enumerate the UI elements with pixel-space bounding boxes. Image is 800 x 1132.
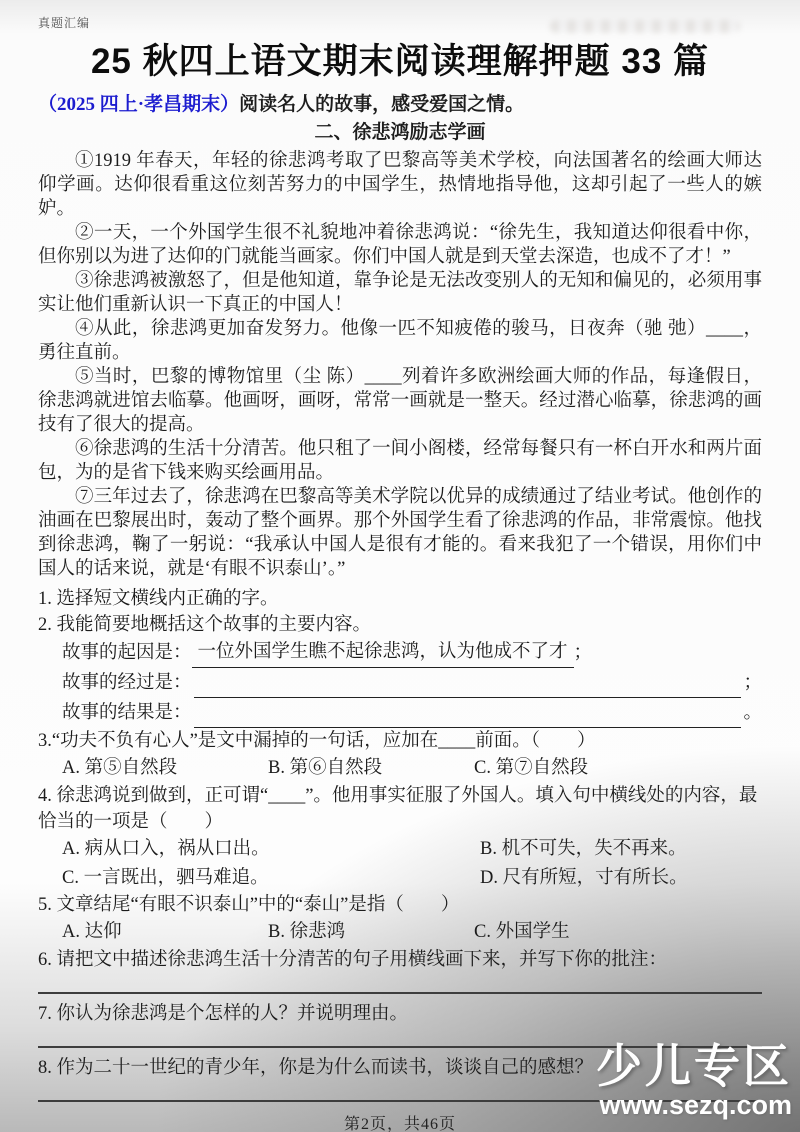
q3-options: A. 第⑤自然段 B. 第⑥自然段 C. 第⑦自然段 xyxy=(62,755,762,782)
q2-result-label: 故事的结果是： xyxy=(62,698,192,728)
passage-paragraph-3: ③徐悲鸿被激怒了，但是他知道，靠争论是无法改变别人的无知和偏见的，必须用事实让他… xyxy=(38,269,762,317)
q2-result-punct: 。 xyxy=(743,698,762,728)
passage-paragraph-7: ⑦三年过去了，徐悲鸿在巴黎高等美术学院以优异的成绩通过了结业考试。他创作的油画在… xyxy=(38,485,762,581)
q6-answer-line xyxy=(38,973,762,994)
q2-cause-label: 故事的起因是： xyxy=(62,638,192,668)
question-1: 1. 选择短文横线内正确的字。 xyxy=(38,586,762,612)
q2-cause-row: 故事的起因是： 一位外国学生瞧不起徐悲鸿，认为他成不了才 ； xyxy=(62,638,762,668)
passage-paragraph-2: ②一天，一个外国学生很不礼貌地冲着徐悲鸿说：“徐先生，我知道达仰很看中你，但你别… xyxy=(38,221,762,269)
faint-watermark xyxy=(550,20,740,33)
q2-cause-answer: 一位外国学生瞧不起徐悲鸿，认为他成不了才 xyxy=(192,637,574,668)
q2-result-row: 故事的结果是： 。 xyxy=(62,698,762,728)
question-2: 2. 我能简要地概括这个故事的主要内容。 故事的起因是： 一位外国学生瞧不起徐悲… xyxy=(38,612,762,728)
question-2-text: 2. 我能简要地概括这个故事的主要内容。 xyxy=(38,612,762,638)
q3-option-b: B. 第⑥自然段 xyxy=(268,755,474,782)
q5-option-b: B. 徐悲鸿 xyxy=(268,919,474,946)
q2-process-label: 故事的经过是： xyxy=(62,668,192,698)
passage-paragraph-1: ①1919 年春天，年轻的徐悲鸿考取了巴黎高等美术学校，向法国著名的绘画大师达仰… xyxy=(38,149,762,221)
question-4: 4. 徐悲鸿说到做到，正可谓“____”。他用事实征服了外国人。填入句中横线处的… xyxy=(38,783,762,892)
watermark-url: www.sezq.com xyxy=(596,1090,792,1120)
passage-paragraph-4: ④从此，徐悲鸿更加奋发努力。他像一匹不知疲倦的骏马，日夜奔（驰 弛）____，勇… xyxy=(38,317,762,365)
q4-options: A. 病从口入，祸从口出。 B. 机不可失，失不再来。 C. 一言既出，驷马难追… xyxy=(62,835,762,892)
question-6-text: 6. 请把文中描述徐悲鸿生活十分清苦的句子用横线画下来，并写下你的批注： xyxy=(38,947,762,973)
question-4-text: 4. 徐悲鸿说到做到，正可谓“____”。他用事实征服了外国人。填入句中横线处的… xyxy=(38,783,762,835)
q2-result-blank xyxy=(194,704,742,728)
question-3-text: 3.“功夫不负有心人”是文中漏掉的一句话，应加在____前面。（ ） xyxy=(38,728,762,754)
passage-paragraph-6: ⑥徐悲鸿的生活十分清苦。他只租了一间小阁楼，经常每餐只有一杯白开水和两片面包，为… xyxy=(38,437,762,485)
question-list: 1. 选择短文横线内正确的字。 2. 我能简要地概括这个故事的主要内容。 故事的… xyxy=(38,586,762,1102)
q2-process-row: 故事的经过是： ； xyxy=(62,668,762,698)
q4-option-d: D. 尺有所短，寸有所长。 xyxy=(480,864,762,892)
question-5: 5. 文章结尾“有眼不识泰山”中的“泰山”是指（ ） A. 达仰 B. 徐悲鸿 … xyxy=(38,892,762,946)
site-watermark: 少儿专区 www.sezq.com xyxy=(596,1042,792,1120)
exam-source-line: （2025 四上·孝昌期末）阅读名人的故事，感受爱国之情。 xyxy=(38,92,762,118)
passage-title: 二、徐悲鸿励志学画 xyxy=(38,120,762,146)
q2-process-punct: ； xyxy=(743,668,762,698)
question-5-text: 5. 文章结尾“有眼不识泰山”中的“泰山”是指（ ） xyxy=(38,892,762,918)
question-7-text: 7. 你认为徐悲鸿是个怎样的人？并说明理由。 xyxy=(38,1001,762,1027)
q5-option-a: A. 达仰 xyxy=(62,919,268,946)
q4-option-b: B. 机不可失，失不再来。 xyxy=(480,835,762,863)
passage-paragraph-5: ⑤当时，巴黎的博物馆里（尘 陈）____列着许多欧洲绘画大师的作品，每逢假日，徐… xyxy=(38,365,762,437)
q3-option-a: A. 第⑤自然段 xyxy=(62,755,268,782)
q2-process-blank xyxy=(194,674,742,698)
question-6: 6. 请把文中描述徐悲鸿生活十分清苦的句子用横线画下来，并写下你的批注： xyxy=(38,947,762,994)
q4-option-c: C. 一言既出，驷马难追。 xyxy=(62,864,480,892)
watermark-brand: 少儿专区 xyxy=(596,1042,792,1090)
question-1-text: 1. 选择短文横线内正确的字。 xyxy=(38,586,762,612)
q5-options: A. 达仰 B. 徐悲鸿 C. 外国学生 xyxy=(62,919,762,946)
exam-instruction: 阅读名人的故事，感受爱国之情。 xyxy=(239,94,524,115)
page-title: 25 秋四上语文期末阅读理解押题 33 篇 xyxy=(38,39,762,85)
passage: ①1919 年春天，年轻的徐悲鸿考取了巴黎高等美术学校，向法国著名的绘画大师达仰… xyxy=(38,149,762,581)
q2-cause-punct: ； xyxy=(574,638,593,668)
q5-option-c: C. 外国学生 xyxy=(474,919,570,946)
question-3: 3.“功夫不负有心人”是文中漏掉的一句话，应加在____前面。（ ） A. 第⑤… xyxy=(38,728,762,782)
exam-page: 真题汇编 25 秋四上语文期末阅读理解押题 33 篇 （2025 四上·孝昌期末… xyxy=(0,0,800,1132)
q3-option-c: C. 第⑦自然段 xyxy=(474,755,588,782)
exam-source-tag: （2025 四上·孝昌期末） xyxy=(38,94,239,115)
q4-option-a: A. 病从口入，祸从口出。 xyxy=(62,835,480,863)
